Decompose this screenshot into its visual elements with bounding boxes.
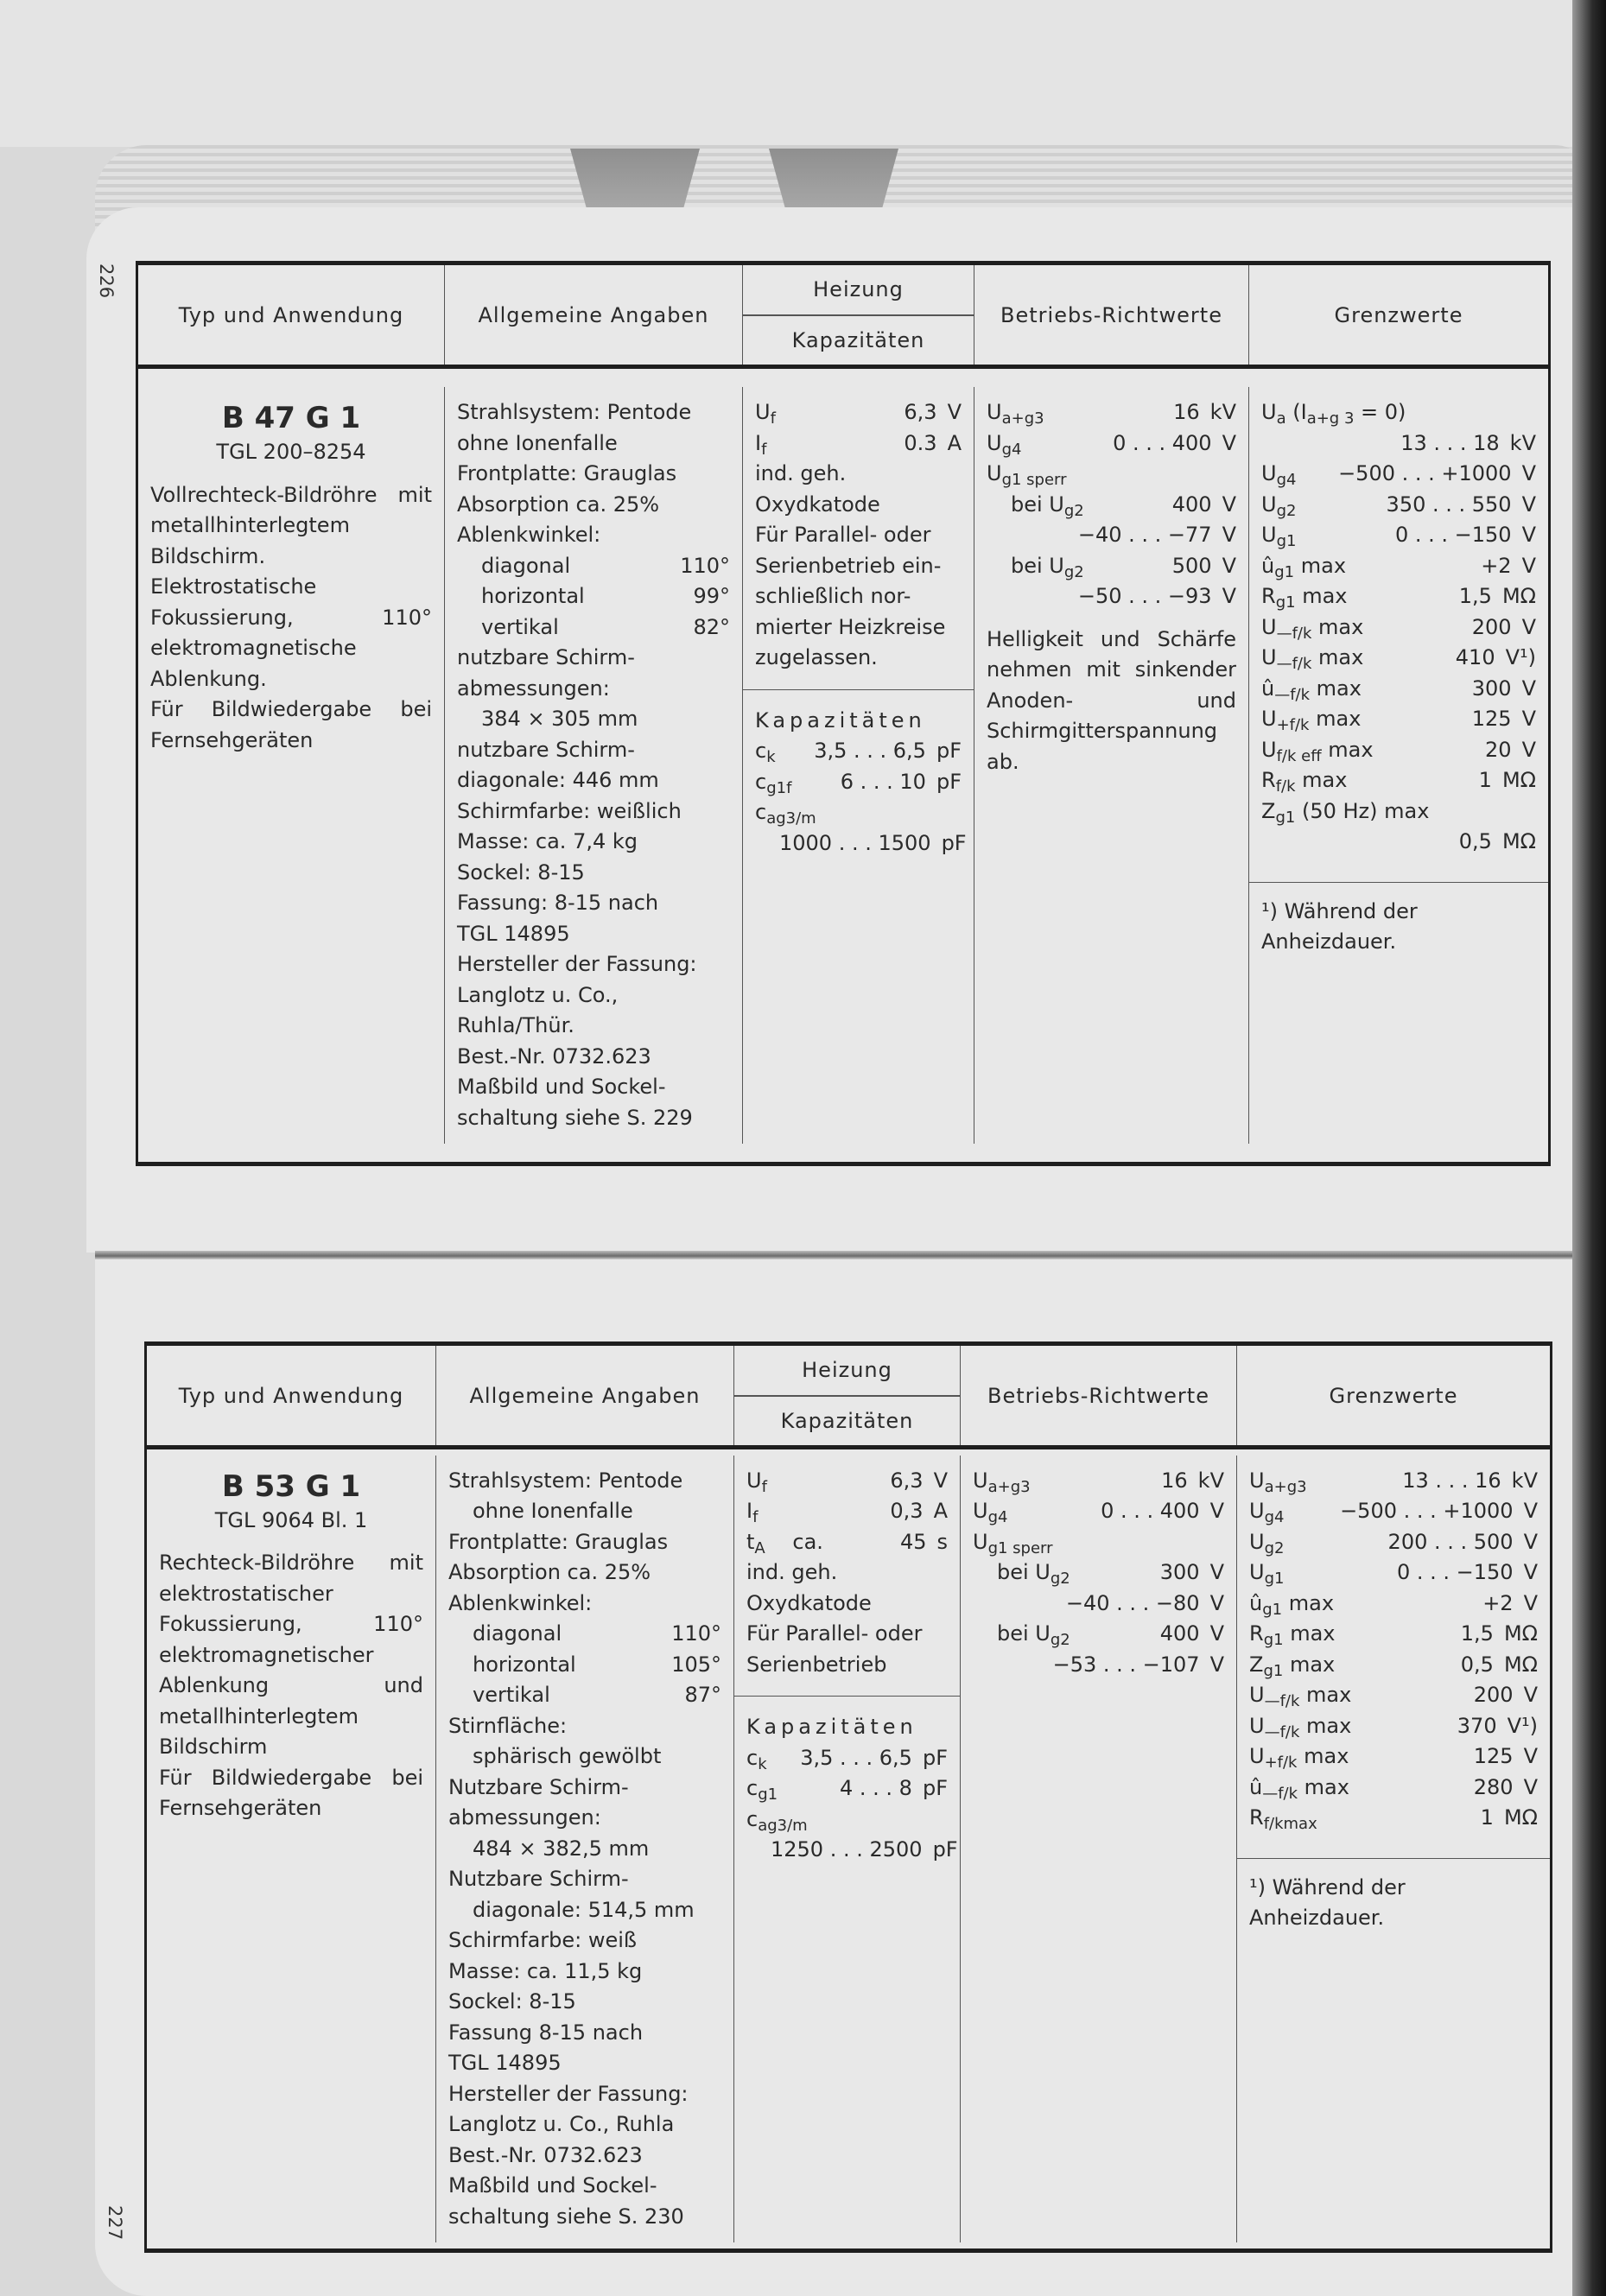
unit: V [1222,490,1236,521]
param-value: 110° [680,551,730,582]
general-spec: abmessungen: [457,674,730,705]
unit: V [1524,1741,1538,1773]
heater-spec: If0,3A [746,1496,948,1527]
unit: s [936,1527,948,1558]
heater-spec: mierter Heizkreise [755,612,962,644]
param-value: −40 . . . −80V [1066,1589,1224,1620]
limit-value: Ug2350 . . . 550V [1261,490,1536,521]
param-value: 13 . . . 16kV [1402,1466,1538,1497]
symbol: Ug4 [973,1496,1007,1527]
symbol: Zg1 max [1249,1650,1335,1681]
symbol: Rf/k max [1261,765,1347,796]
param-value: 0,5MΩ [1461,1650,1538,1681]
unit: kV [1512,1466,1538,1497]
param-value: 300V [1160,1557,1224,1589]
unit: A [934,1496,948,1527]
value: −40 . . . −77 [1078,520,1212,551]
heater-spec: If0.3A [755,428,962,460]
param-value: 125V [1472,704,1536,735]
param-value: 13 . . . 18kV [1400,428,1536,460]
unit: V [1222,428,1236,460]
symbol: û—f/k max [1249,1773,1349,1804]
general-spec: Frontplatte: Grauglas [457,459,730,490]
general-spec: Ablenkwinkel: [448,1589,721,1620]
value: 500 [1172,551,1212,582]
unit: V [1522,520,1536,551]
heater-spec: zugelassen. [755,643,962,674]
capacitance-spec: 1250 . . . 2500pF [746,1835,948,1866]
general-spec: Masse: ca. 11,5 kg [448,1957,721,1988]
symbol: bei Ug2 [997,1557,1070,1589]
value: −50 . . . −93 [1078,581,1212,612]
table-body: B 53 G 1TGL 9064 Bl. 1Rechteck-Bildröhre… [147,1456,1550,2145]
general-spec: Schirmfarbe: weiß [448,1925,721,1957]
page-number-top: 226 [96,263,117,298]
limit-value: 0,5MΩ [1261,827,1536,858]
value: 1 [1479,765,1492,796]
col-betrieb: Ua+g316kVUg40 . . . 400VUg1 sperrbei Ug2… [961,1456,1237,2243]
param-value: 0 . . . 400V [1101,1496,1224,1527]
general-spec: horizontal99° [457,581,730,612]
param-value: 0 . . . −150V [1395,520,1536,551]
value: 400 [1172,490,1212,521]
general-spec: schaltung siehe S. 229 [457,1103,730,1134]
general-spec: Schirmfarbe: weißlich [457,796,730,828]
general-spec: Absorption ca. 25% [448,1557,721,1589]
general-spec: Masse: ca. 7,4 kg [457,827,730,858]
param-value: 0,3A [890,1496,948,1527]
param-value: 200V [1474,1680,1538,1711]
symbol: Ug4 [1249,1496,1284,1527]
param-value: 370V¹) [1457,1711,1538,1742]
symbol: cg1f [755,767,791,798]
value: 105° [671,1650,721,1681]
limit-value: ûg1 max+2V [1261,551,1536,582]
value: −500 . . . +1000 [1338,459,1512,490]
value: 200 . . . 500 [1388,1527,1514,1558]
symbol: Ug1 sperr [973,1527,1053,1558]
operating-value: bei Ug2500V [987,551,1236,582]
limit-value: Uf/k eff max20V [1261,735,1536,766]
tube-type-name: B 47 G 1 [150,399,432,437]
param-value: 45s [900,1527,948,1558]
symbol: Ua+g3 [987,397,1044,428]
symbol: cg1 [746,1773,778,1804]
page-number-bottom: 227 [105,2205,125,2240]
general-spec: Sockel: 8-15 [457,858,730,889]
capacitance-spec: cag3/m [755,797,962,828]
tube-tgl-standard: TGL 9064 Bl. 1 [159,1506,423,1537]
unit: V [1210,1557,1224,1589]
unit: MΩ [1502,765,1536,796]
heater-spec: Für Parallel- oder [755,520,962,551]
header-kapazitaeten: Kapazitäten [743,316,974,365]
param-value: 400V [1160,1619,1224,1650]
unit: V [1524,1680,1538,1711]
unit: V [1522,704,1536,735]
unit: A [948,428,962,460]
col-betrieb: Ua+g316kVUg40 . . . 400VUg1 sperrbei Ug2… [974,387,1249,1144]
param-value: 300V [1472,674,1536,705]
footnote: ¹) Während der Anheizdauer. [1249,882,1548,958]
general-spec: Langlotz u. Co., Ruhla [448,2109,721,2141]
param-label: horizontal [481,581,585,612]
value: 1,5 [1461,1619,1494,1650]
header-grenz: Grenzwerte [1249,265,1548,365]
heater-spec: ind. geh. [746,1557,948,1589]
book-cover-edge [1572,0,1606,2296]
unit: V [1222,551,1236,582]
symbol: Uf [755,397,776,428]
symbol: bei Ug2 [1011,490,1084,521]
header-grenz: Grenzwerte [1237,1346,1550,1445]
capacitance-section: Kapazitätenck3,5 . . . 6,5pFcg14 . . . 8… [734,1696,960,1866]
capacitance-spec: cg1f6 . . . 10pF [755,767,962,798]
unit: pF [933,1835,958,1866]
capacitance-title: Kapazitäten [746,1712,948,1743]
table-header: Typ und AnwendungAllgemeine AngabenHeizu… [138,265,1548,369]
limit-value: Rg1 max1,5MΩ [1261,581,1536,612]
general-spec: Fassung 8-15 nach [448,2018,721,2049]
param-value: 82° [693,612,730,644]
limit-value: Rg1 max1,5MΩ [1249,1619,1538,1650]
symbol: Ua (Ia+g 3 = 0) [1261,397,1406,428]
unit: V [1524,1527,1538,1558]
symbol: Uf [746,1466,767,1497]
value: 1000 . . . 1500 [779,828,931,859]
param-label: horizontal [473,1650,576,1681]
value: 0 . . . −150 [1397,1557,1514,1589]
symbol: û—f/k max [1261,674,1362,705]
value: 0,5 [1461,1650,1494,1681]
value: 200 [1474,1680,1514,1711]
capacitance-spec: ck3,5 . . . 6,5pF [755,736,962,767]
value: 370 [1457,1711,1497,1742]
unit: MΩ [1502,581,1536,612]
param-label: vertikal [473,1680,550,1711]
param-value: 1MΩ [1479,765,1536,796]
limit-value: Ug10 . . . −150V [1249,1557,1538,1589]
symbol: Rg1 max [1261,581,1348,612]
unit: MΩ [1504,1650,1538,1681]
header-heizung-kapazitaeten: HeizungKapazitäten [743,265,974,365]
table-body: B 47 G 1TGL 200–8254Vollrechteck-Bildröh… [138,387,1548,1058]
general-spec: Maßbild und Sockel- [448,2171,721,2202]
operating-value: −53 . . . −107V [973,1650,1224,1681]
heater-spec: Oxydkatode [755,490,962,521]
operating-value: Ug1 sperr [973,1527,1224,1558]
header-allgemein: Allgemeine Angaben [436,1346,734,1445]
param-value: 1MΩ [1481,1803,1538,1834]
general-spec: Frontplatte: Grauglas [448,1527,721,1558]
value: 87° [684,1680,721,1711]
tube-description: Für Bildwiedergabe bei Fernsehgeräten [159,1763,423,1824]
value: 13 . . . 18 [1400,428,1499,460]
symbol: ûg1 max [1261,551,1346,582]
capacitance-title: Kapazitäten [755,706,962,737]
heater-spec: Serienbetrieb [746,1650,948,1681]
value: 1 [1481,1803,1494,1834]
unit: pF [923,1773,948,1804]
general-spec: Langlotz u. Co., [457,980,730,1012]
value: 3,5 . . . 6,5 [800,1743,912,1774]
operating-value: bei Ug2400V [973,1619,1224,1650]
value: 110° [671,1619,721,1650]
capacitance-spec: 1000 . . . 1500pF [755,828,962,859]
header-allgemein: Allgemeine Angaben [445,265,743,365]
value: 16 [1161,1466,1188,1497]
param-value: −500 . . . +1000V [1338,459,1536,490]
value: 99° [693,581,730,612]
limit-value: U+f/k max125V [1261,704,1536,735]
tube-table-b53g1: Typ und AnwendungAllgemeine AngabenHeizu… [144,1341,1552,2253]
param-value: 400V [1172,490,1236,521]
symbol: U+f/k max [1249,1741,1349,1773]
unit: V [1210,1650,1224,1681]
limit-value: Rf/k max1MΩ [1261,765,1536,796]
value: 125 [1474,1741,1514,1773]
limit-value: U—f/k max410V¹) [1261,643,1536,674]
header-betrieb: Betriebs-Richtwerte [961,1346,1237,1445]
symbol: Ug4 [987,428,1021,460]
value: −500 . . . +1000 [1340,1496,1514,1527]
unit: MΩ [1502,827,1536,858]
symbol: Rg1 max [1249,1619,1336,1650]
header-heizung: Heizung [734,1346,960,1397]
param-value: 1,5MΩ [1461,1619,1538,1650]
symbol: U+f/k max [1261,704,1361,735]
general-spec: Best.-Nr. 0732.623 [457,1042,730,1073]
unit: V [1524,1589,1538,1620]
header-heizung: Heizung [743,265,974,316]
limit-value: U—f/k max200V [1249,1680,1538,1711]
header-betrieb: Betriebs-Richtwerte [974,265,1249,365]
value: 82° [693,612,730,644]
unit: V [1522,735,1536,766]
general-spec: diagonal110° [448,1619,721,1650]
unit: pF [942,828,967,859]
header-heizung-kapazitaeten: HeizungKapazitäten [734,1346,961,1445]
value: 200 [1472,612,1512,644]
tube-description: Elektrostatische Fokussierung, 110° elek… [150,572,432,695]
value: 6,3 [904,397,936,428]
col-typ: B 47 G 1TGL 200–8254Vollrechteck-Bildröh… [138,387,445,1144]
unit: V [1524,1773,1538,1804]
unit: V [1210,1496,1224,1527]
capacitance-section: Kapazitätenck3,5 . . . 6,5pFcg1f6 . . . … [743,689,974,859]
param-value: 99° [693,581,730,612]
operating-value: −50 . . . −93V [987,581,1236,612]
symbol: U—f/k max [1261,612,1363,644]
symbol: bei Ug2 [1011,551,1084,582]
general-spec: nutzbare Schirm- [457,643,730,674]
general-spec: Strahlsystem: Pentode [448,1466,721,1497]
value: 13 . . . 16 [1402,1466,1501,1497]
value: 0.3 [904,428,936,460]
header-typ: Typ und Anwendung [138,265,445,365]
general-spec: abmessungen: [448,1803,721,1834]
param-value: +2V [1482,1589,1538,1620]
limit-value: ûg1 max+2V [1249,1589,1538,1620]
limit-value: Ua (Ia+g 3 = 0) [1261,397,1536,428]
value: −53 . . . −107 [1053,1650,1200,1681]
param-value: +2V [1481,551,1536,582]
unit: V [1522,674,1536,705]
general-spec: 484 × 382,5 mm [448,1834,721,1865]
capacitance-spec: cg14 . . . 8pF [746,1773,948,1804]
value: 280 [1474,1773,1514,1804]
unit: V [1522,551,1536,582]
value: 300 [1160,1557,1200,1589]
value: 1250 . . . 2500 [771,1835,923,1866]
value: 1,5 [1459,581,1492,612]
unit: kV [1510,428,1536,460]
symbol: ck [746,1743,767,1774]
value: 6 . . . 10 [841,767,926,798]
general-spec: nutzbare Schirm- [457,735,730,766]
symbol: cag3/m [755,797,816,828]
limit-value: Ua+g313 . . . 16kV [1249,1466,1538,1497]
operating-note: Helligkeit und Schärfe nehmen mit sinken… [987,625,1236,778]
operating-value: −40 . . . −77V [987,520,1236,551]
value: 110° [680,551,730,582]
col-grenz: Ua+g313 . . . 16kVUg4−500 . . . +1000VUg… [1237,1456,1550,2243]
footnote: ¹) Während der Anheizdauer. [1237,1858,1550,1934]
value: 0 . . . 400 [1113,428,1211,460]
value: 300 [1472,674,1512,705]
param-value: −40 . . . −77V [1078,520,1236,551]
unit: V [1522,612,1536,644]
param-value: 0.3A [904,428,962,460]
unit: pF [923,1743,948,1774]
general-spec: TGL 14895 [448,2048,721,2079]
tube-description: Vollrechteck-Bildröhre mit metallhinterl… [150,480,432,573]
operating-value: Ug40 . . . 400V [987,428,1236,460]
unit: V [1210,1589,1224,1620]
unit: V¹) [1506,643,1536,674]
col-heizung: Uf6,3VIf0,3AtA ca.45sind. geh.Oxydkatode… [734,1456,961,2243]
param-value: 410V¹) [1456,643,1536,674]
param-value: 0,5MΩ [1459,827,1536,858]
value: 0,5 [1459,827,1492,858]
param-value: 200V [1472,612,1536,644]
unit: V [1222,581,1236,612]
param-value: −53 . . . −107V [1053,1650,1224,1681]
value: 0 . . . −150 [1395,520,1512,551]
operating-value: bei Ug2400V [987,490,1236,521]
param-value: −500 . . . +1000V [1340,1496,1538,1527]
value: 45 [900,1527,927,1558]
unit: V [1522,490,1536,521]
general-spec: Sockel: 8-15 [448,1987,721,2018]
col-allgemein: Strahlsystem: Pentodeohne IonenfalleFron… [445,387,743,1144]
general-spec: vertikal82° [457,612,730,644]
general-spec: Strahlsystem: Pentode [457,397,730,428]
param-value: 125V [1474,1741,1538,1773]
general-spec: TGL 14895 [457,919,730,950]
heater-spec: ind. geh. [755,459,962,490]
symbol: ûg1 max [1249,1589,1334,1620]
page-fold [95,1251,1572,1259]
header-kapazitaeten: Kapazitäten [734,1397,960,1446]
symbol: Ug2 [1249,1527,1284,1558]
value: 410 [1456,643,1495,674]
unit: pF [936,767,962,798]
general-spec: diagonale: 514,5 mm [448,1895,721,1926]
general-spec: Nutzbare Schirm- [448,1864,721,1895]
col-heizung: Uf6,3VIf0.3Aind. geh.OxydkatodeFür Paral… [743,387,974,1144]
param-value: 16kV [1173,397,1236,428]
limit-value: Ug4−500 . . . +1000V [1249,1496,1538,1527]
capacitance-spec: cag3/m [746,1804,948,1836]
unit: V [1222,520,1236,551]
param-value: 500V [1172,551,1236,582]
general-spec: Fassung: 8-15 nach [457,888,730,919]
general-spec: Ablenkwinkel: [457,520,730,551]
limit-value: û—f/k max280V [1249,1773,1538,1804]
symbol: Ua+g3 [973,1466,1031,1497]
param-value: 1250 . . . 2500pF [771,1835,958,1866]
col-typ: B 53 G 1TGL 9064 Bl. 1Rechteck-Bildröhre… [147,1456,436,2243]
param-value: 16kV [1161,1466,1224,1497]
symbol: Ug2 [1261,490,1296,521]
symbol: Ua+g3 [1249,1466,1307,1497]
symbol: If [746,1496,758,1527]
symbol: Zg1 (50 Hz) max [1261,796,1429,828]
value: −40 . . . −80 [1066,1589,1200,1620]
limit-value: Ug10 . . . −150V [1261,520,1536,551]
background [0,0,1606,147]
limit-value: Ug4−500 . . . +1000V [1261,459,1536,490]
unit: MΩ [1504,1619,1538,1650]
value: +2 [1481,551,1511,582]
tube-description: Für Bildwiedergabe bei Fernsehgeräten [150,695,432,756]
unit: V¹) [1508,1711,1538,1742]
limit-value: U—f/k max200V [1261,612,1536,644]
param-label: diagonal [473,1619,562,1650]
general-spec: diagonale: 446 mm [457,765,730,796]
general-spec: Absorption ca. 25% [457,490,730,521]
general-spec: Maßbild und Sockel- [457,1072,730,1103]
value: 4 . . . 8 [840,1773,912,1804]
param-value: 110° [671,1619,721,1650]
general-spec: horizontal105° [448,1650,721,1681]
limit-value: Rf/kmax1MΩ [1249,1803,1538,1834]
param-value: −50 . . . −93V [1078,581,1236,612]
symbol: tA ca. [746,1527,823,1558]
general-spec: ohne Ionenfalle [448,1496,721,1527]
param-value: 3,5 . . . 6,5pF [814,736,962,767]
param-value: 200 . . . 500V [1388,1527,1538,1558]
general-spec: Best.-Nr. 0732.623 [448,2141,721,2172]
value: 20 [1485,735,1512,766]
param-value: 1000 . . . 1500pF [779,828,967,859]
table-header: Typ und AnwendungAllgemeine AngabenHeizu… [147,1346,1550,1449]
param-value: 0 . . . 400V [1113,428,1236,460]
limit-value: 13 . . . 18kV [1261,428,1536,460]
value: 3,5 . . . 6,5 [814,736,926,767]
symbol: cag3/m [746,1804,808,1836]
heater-spec: Uf6,3V [755,397,962,428]
tube-description: Rechteck-Bildröhre mit elektrostatischer… [159,1548,423,1763]
param-value: 280V [1474,1773,1538,1804]
unit: V [1522,459,1536,490]
param-value: 6,3V [904,397,962,428]
unit: V [1524,1557,1538,1589]
heater-spec: tA ca.45s [746,1527,948,1558]
operating-value: −40 . . . −80V [973,1589,1224,1620]
heater-spec: Uf6,3V [746,1466,948,1497]
